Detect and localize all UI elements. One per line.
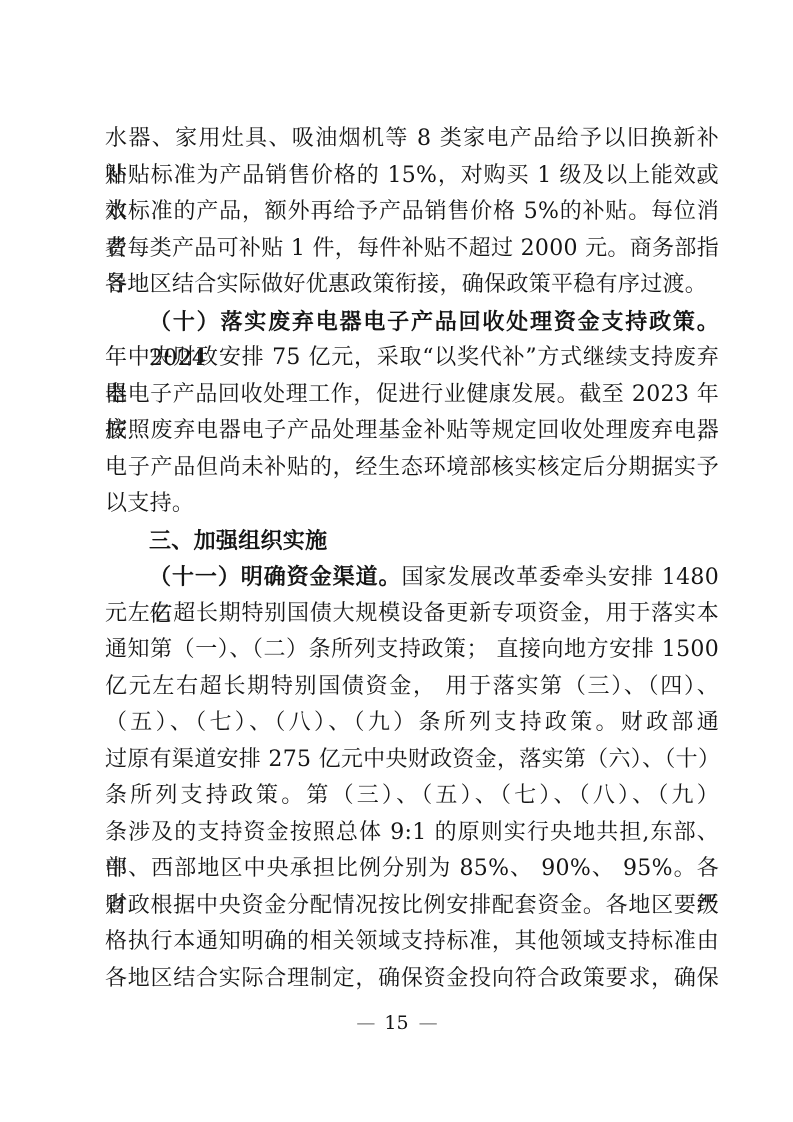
text-run: 条所列支持政策。第（三）、（五）、（七）、（八）、（九） <box>105 783 719 808</box>
text-run: （五）、（七）、（八）、（九）条所列支持政策。财政部通 <box>105 710 719 735</box>
footer-dash-left: — <box>356 1012 374 1034</box>
text-line: 格执行本通知明确的相关领域支持标准，其他领域支持标准由 <box>105 924 719 961</box>
text-line: （五）、（七）、（八）、（九）条所列支持政策。财政部通 <box>105 705 719 742</box>
para-item-11-funding-channels: （十一）明确资金渠道。国家发展改革委牵头安排 1480 亿元左右超长期特别国债大… <box>105 559 719 997</box>
text-line: 过原有渠道安排 275 亿元中央财政资金，落实第（六）、（十） <box>105 742 719 779</box>
bold-text-run: （十一）明确资金渠道。 <box>149 564 401 590</box>
document-page: 水器、家用灶具、吸油烟机等 8 类家电产品给予以旧换新补贴。补贴标准为产品销售价… <box>0 0 793 1122</box>
para-appliance-tradein-subsidy: 水器、家用灶具、吸油烟机等 8 类家电产品给予以旧换新补贴。补贴标准为产品销售价… <box>105 121 719 304</box>
text-run: 亿元左右超长期特别国债资金， 用于落实第（三）、（四）、 <box>105 674 719 699</box>
page-footer: —15— <box>0 1010 793 1036</box>
text-run: 以支持。 <box>105 491 194 516</box>
text-run: 电子产品但尚未补贴的，经生态环境部核实核定后分期据实予 <box>105 455 719 480</box>
text-line: 效标准的产品，额外再给予产品销售价格 5%的补贴。每位消费 <box>105 194 719 231</box>
text-line: 亿元左右超长期特别国债资金， 用于落实第（三）、（四）、 <box>105 669 719 706</box>
text-run: 元左右超长期特别国债大规模设备更新专项资金，用于落实本 <box>105 601 719 626</box>
text-line: 三、加强组织实施 <box>105 523 719 560</box>
text-line: 各地区结合实际合理制定，确保资金投向符合政策要求，确保 <box>105 961 719 998</box>
text-line: 元左右超长期特别国债大规模设备更新专项资金，用于落实本 <box>105 596 719 633</box>
heading-section-3-strengthen-organization: 三、加强组织实施 <box>105 523 719 560</box>
text-run: 各地区结合实际做好优惠政策衔接，确保政策平稳有序过渡。 <box>105 272 707 297</box>
text-line: 电子产品但尚未补贴的，经生态环境部核实核定后分期据实予 <box>105 450 719 487</box>
text-run: 按照废弃电器电子产品处理基金补贴等规定回收处理废弃电器 <box>105 418 719 443</box>
bold-text-run: （十）落实废弃电器电子产品回收处理资金支持政策。 <box>149 309 719 335</box>
document-body: 水器、家用灶具、吸油烟机等 8 类家电产品给予以旧换新补贴。补贴标准为产品销售价… <box>105 121 719 997</box>
text-line: 者每类产品可补贴 1 件，每件补贴不超过 2000 元。商务部指导 <box>105 231 719 268</box>
text-line: 年中央财政安排 75 亿元，采取“以奖代补”方式继续支持废弃电 <box>105 340 719 377</box>
footer-dash-right: — <box>419 1012 437 1034</box>
text-line: 器电子产品回收处理工作，促进行业健康发展。截至 2023 年底， <box>105 377 719 414</box>
text-run: 财政根据中央资金分配情况按比例安排配套资金。各地区要严 <box>105 893 719 918</box>
text-line: 财政根据中央资金分配情况按比例安排配套资金。各地区要严 <box>105 888 719 925</box>
text-line: 按照废弃电器电子产品处理基金补贴等规定回收处理废弃电器 <box>105 413 719 450</box>
text-run: 各地区结合实际合理制定，确保资金投向符合政策要求，确保 <box>105 966 719 991</box>
para-item-10-weee-recycling-fund: （十）落实废弃电器电子产品回收处理资金支持政策。2024年中央财政安排 75 亿… <box>105 304 719 523</box>
text-line: 水器、家用灶具、吸油烟机等 8 类家电产品给予以旧换新补贴。 <box>105 121 719 158</box>
text-line: （十一）明确资金渠道。国家发展改革委牵头安排 1480 亿 <box>105 559 719 596</box>
text-line: 通知第（一）、（二）条所列支持政策； 直接向地方安排 1500 <box>105 632 719 669</box>
page-number: 15 <box>384 1012 408 1034</box>
text-run: 格执行本通知明确的相关领域支持标准，其他领域支持标准由 <box>105 929 719 954</box>
text-line: 以支持。 <box>105 486 719 523</box>
text-line: 条涉及的支持资金按照总体 9:1 的原则实行央地共担,东部、中 <box>105 815 719 852</box>
text-line: 补贴标准为产品销售价格的 15%，对购买 1 级及以上能效或水 <box>105 158 719 195</box>
text-line: 各地区结合实际做好优惠政策衔接，确保政策平稳有序过渡。 <box>105 267 719 304</box>
text-line: 条所列支持政策。第（三）、（五）、（七）、（八）、（九） <box>105 778 719 815</box>
text-run: 通知第（一）、（二）条所列支持政策； 直接向地方安排 1500 <box>105 637 719 662</box>
text-run: 过原有渠道安排 275 亿元中央财政资金，落实第（六）、（十） <box>105 747 720 772</box>
text-line: （十）落实废弃电器电子产品回收处理资金支持政策。2024 <box>105 304 719 341</box>
bold-text-run: 三、加强组织实施 <box>149 528 327 554</box>
text-line: 部、西部地区中央承担比例分别为 85%、 90%、 95%。各省级 <box>105 851 719 888</box>
